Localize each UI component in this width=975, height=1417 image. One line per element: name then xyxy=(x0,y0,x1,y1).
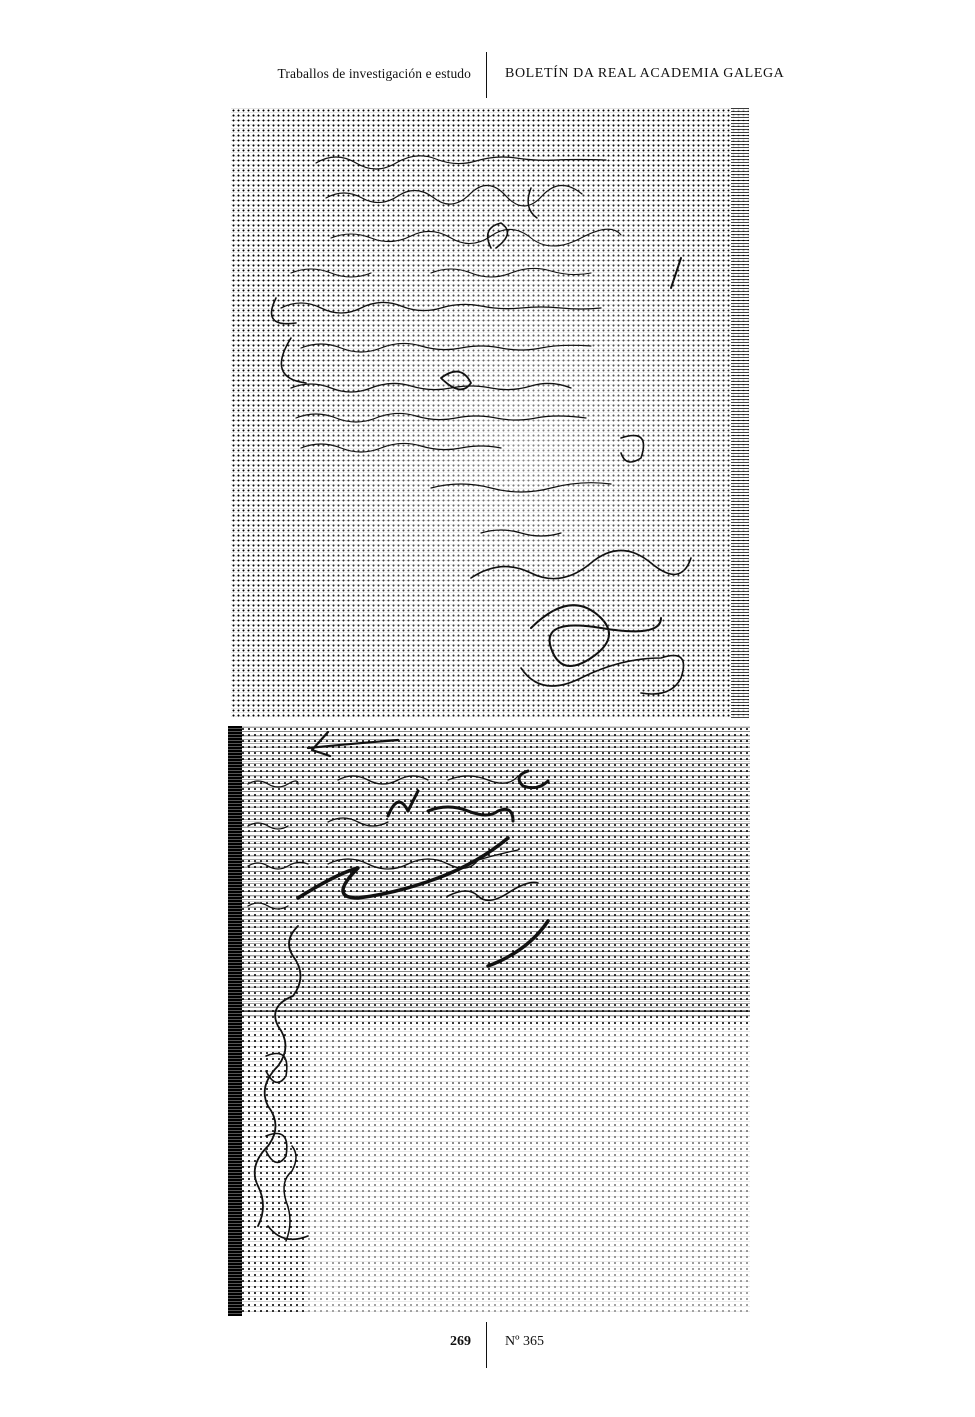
manuscript-scan-cover xyxy=(228,726,750,1316)
section-title: Traballos de investigación e estudo xyxy=(278,66,471,82)
handwriting-strokes xyxy=(231,108,749,718)
header-divider xyxy=(486,52,487,98)
page-number: 269 xyxy=(450,1334,471,1350)
footer-divider xyxy=(486,1322,487,1368)
running-footer: 269 Nº 365 xyxy=(0,1322,975,1370)
vertical-annotation xyxy=(228,726,750,1316)
running-header: Traballos de investigación e estudo BOLE… xyxy=(0,52,975,100)
issue-number: Nº 365 xyxy=(505,1334,544,1350)
journal-title: BOLETÍN DA REAL ACADEMIA GALEGA xyxy=(505,66,784,82)
manuscript-scan-letter xyxy=(231,108,749,718)
